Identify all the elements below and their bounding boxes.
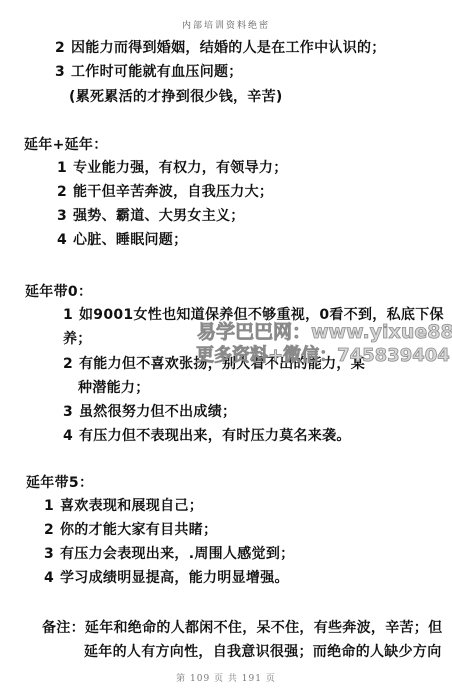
section-heading: 延年带0：: [25, 283, 92, 301]
item-number: 2: [57, 183, 73, 201]
item-text: 虽然很努力但不出成绩；: [79, 404, 236, 420]
item-text: 有压力但不表现出来，有时压力莫名来袭。: [79, 428, 351, 444]
list-item: 2能干但辛苦奔波，自我压力大；: [57, 183, 273, 201]
list-item: 4学习成绩明显提高，能力明显增强。: [44, 569, 289, 587]
item-number: 4: [57, 231, 73, 249]
list-item-note: (累死累活的才挣到很少钱，辛苦): [69, 88, 283, 106]
list-item: 3虽然很努力但不出成绩；: [63, 403, 236, 421]
item-number: 2: [55, 39, 71, 57]
item-number: 1: [44, 497, 60, 515]
item-text: 有压力会表现出来，.周围人感觉到；: [60, 546, 294, 562]
list-item-continuation: 种潜能力；: [78, 379, 150, 397]
note-line-2: 延年的人有方向性，自我意识很强；而绝命的人缺少方向: [84, 643, 442, 661]
item-number: 3: [57, 207, 73, 225]
watermark-contact: 更多资料+微信：745839404: [196, 345, 450, 367]
list-item: 3有压力会表现出来，.周围人感觉到；: [44, 545, 294, 563]
item-number: 3: [63, 403, 79, 421]
list-item: 2你的才能大家有目共睹；: [44, 521, 217, 539]
note-text: 延年和绝命的人都闲不住，呆不住，有些奔波，辛苦；但: [85, 620, 443, 636]
item-text: 工作时可能就有血压问题；: [71, 64, 243, 80]
item-text: 心脏、睡眠问题；: [73, 232, 187, 248]
item-number: 3: [55, 63, 71, 81]
list-item: 3工作时可能就有血压问题；: [55, 63, 243, 81]
list-item: 1专业能力强，有权力，有领导力；: [57, 159, 288, 177]
section-heading: 延年+延年：: [24, 136, 108, 154]
list-item: 2因能力而得到婚姻，结婚的人是在工作中认识的；: [55, 39, 386, 57]
section-heading: 延年带5：: [26, 474, 93, 492]
list-item-continuation: 养；: [63, 330, 92, 348]
item-text: 强势、霸道、大男女主义；: [73, 208, 245, 224]
note-line-1: 备注：延年和绝命的人都闲不住，呆不住，有些奔波，辛苦；但: [42, 619, 442, 637]
item-text: 因能力而得到婚姻，结婚的人是在工作中认识的；: [71, 40, 386, 56]
item-number: 1: [57, 159, 73, 177]
item-text: 喜欢表现和展现自己；: [60, 498, 203, 514]
item-number: 3: [44, 545, 60, 563]
list-item: 1喜欢表现和展现自己；: [44, 497, 203, 515]
list-item: 4有压力但不表现出来，有时压力莫名来袭。: [63, 427, 351, 445]
item-text: 学习成绩明显提高，能力明显增强。: [60, 570, 289, 586]
list-item: 4心脏、睡眠问题；: [57, 231, 187, 249]
watermark-site: 易学巴巴网：www.yixue88.cn: [197, 321, 452, 343]
page-header: 内部培训资料绝密: [0, 18, 452, 31]
item-text: 你的才能大家有目共睹；: [60, 522, 217, 538]
note-label: 备注：: [42, 620, 85, 636]
item-number: 4: [44, 569, 60, 587]
item-number: 1: [63, 306, 79, 324]
page-footer: 第 109 页 共 191 页: [0, 671, 452, 684]
item-number: 2: [44, 521, 60, 539]
item-text: (累死累活的才挣到很少钱，辛苦): [69, 89, 283, 105]
item-number: 4: [63, 427, 79, 445]
list-item: 3强势、霸道、大男女主义；: [57, 207, 245, 225]
item-text: 专业能力强，有权力，有领导力；: [73, 160, 288, 176]
item-number: 2: [63, 355, 79, 373]
item-text: 能干但辛苦奔波，自我压力大；: [73, 184, 273, 200]
